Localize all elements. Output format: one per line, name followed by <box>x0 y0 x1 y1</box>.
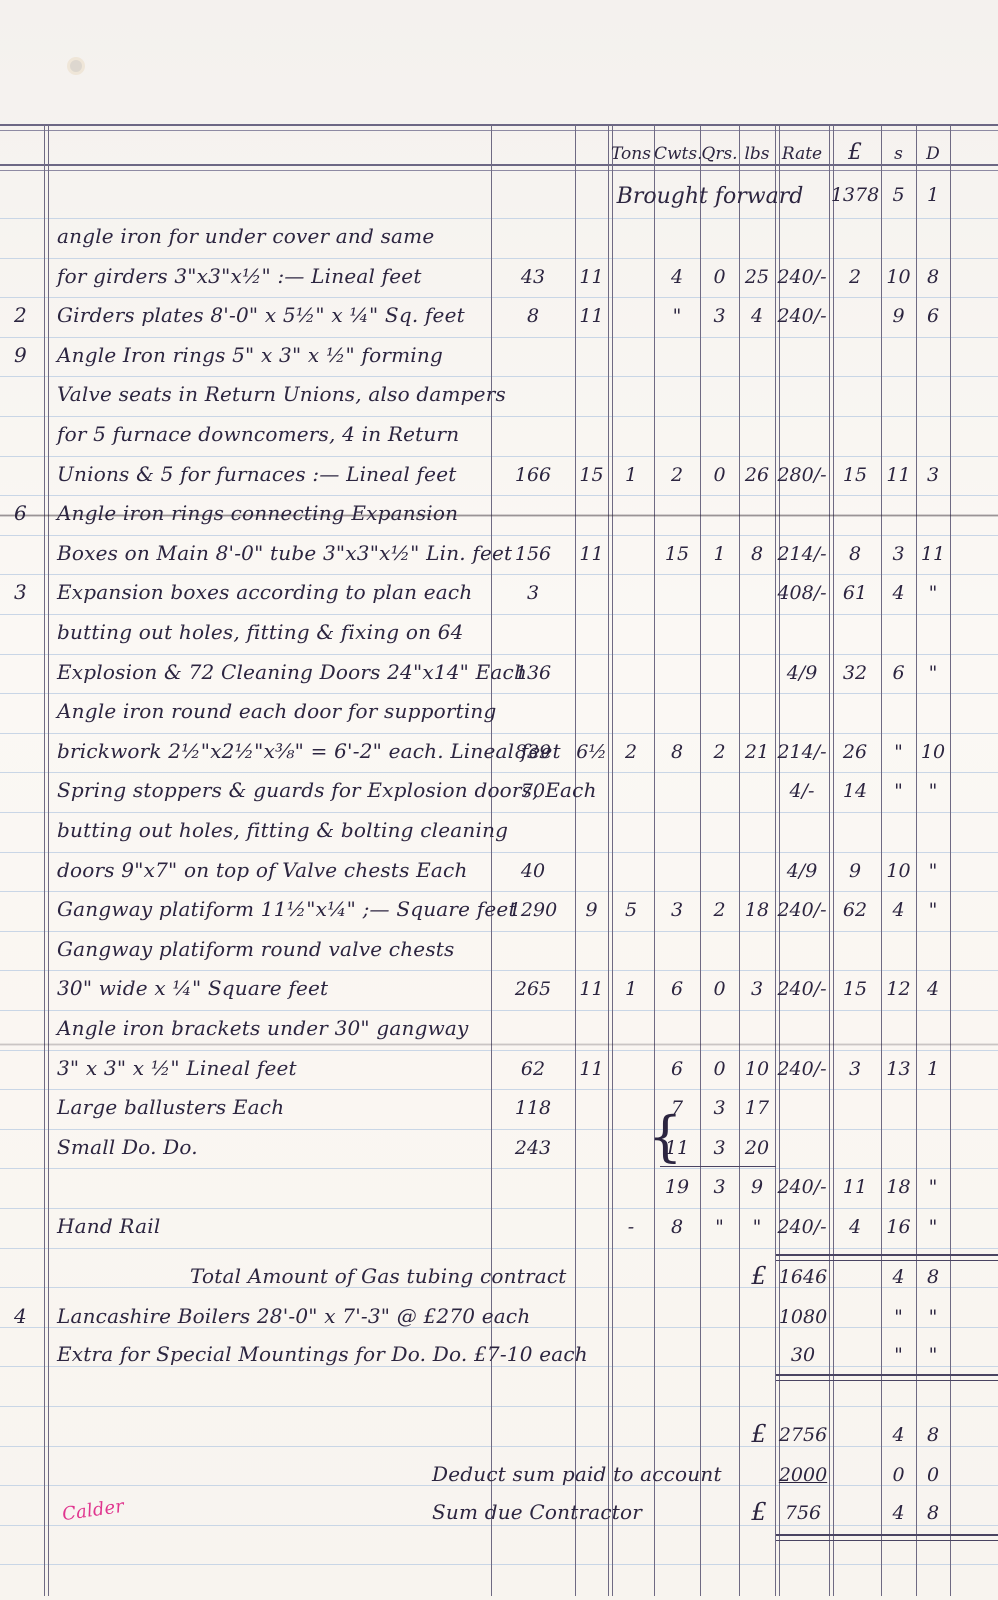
row-lbs: 10 <box>739 1058 775 1080</box>
row-qrs: 0 <box>700 978 739 1000</box>
row-c2: 11 <box>575 543 608 565</box>
row-s: 4 <box>881 582 916 604</box>
row-lbs: 25 <box>739 266 775 288</box>
table-row: angle iron for under cover and same <box>0 220 998 260</box>
row-rate: 4/9 <box>775 860 829 882</box>
row-d: 4 <box>916 978 950 1000</box>
row-description: 3" x 3" x ½" Lineal feet <box>57 1056 297 1080</box>
row-c2: 11 <box>575 266 608 288</box>
row-qrs: 2 <box>700 741 739 763</box>
row-s: 9 <box>881 305 916 327</box>
row-quantity: 2 <box>14 303 27 327</box>
row-c1: 1290 <box>491 899 575 921</box>
row-tons: - <box>608 1216 654 1238</box>
boilers-shillings: " <box>881 1306 916 1328</box>
table-row: Large ballusters Each1187317 <box>0 1091 998 1131</box>
row-tons: 1 <box>608 978 654 1000</box>
row-s: 4 <box>881 899 916 921</box>
row-cwts: 4 <box>654 266 700 288</box>
row-cwts: 2 <box>654 464 700 486</box>
pin-hole <box>70 60 82 72</box>
row-c1: 62 <box>491 1058 575 1080</box>
row-quantity: 6 <box>14 501 27 525</box>
row-quantity: 9 <box>14 343 27 367</box>
row-c1: 265 <box>491 978 575 1000</box>
boilers-qty: 4 <box>14 1304 27 1328</box>
row-l: 9 <box>829 860 881 882</box>
row-tons: 2 <box>608 741 654 763</box>
row-qrs: 3 <box>700 1176 739 1198</box>
row-s: 6 <box>881 662 916 684</box>
due-pounds: 756 <box>776 1502 830 1524</box>
row-cwts: 3 <box>654 899 700 921</box>
row-qrs: 3 <box>700 1097 739 1119</box>
row-c2: 6½ <box>575 741 608 763</box>
row-cwts: " <box>654 305 700 327</box>
row-rate: 240/- <box>775 1176 829 1198</box>
row-lbs: 18 <box>739 899 775 921</box>
row-rate: 240/- <box>775 978 829 1000</box>
ruled-line <box>0 218 998 219</box>
row-c2: 11 <box>575 1058 608 1080</box>
row-rate: 240/- <box>775 1058 829 1080</box>
row-description: brickwork 2½"x2½"x⅜" = 6'-2" each. Linea… <box>57 739 561 763</box>
boilers-row: 4 Lancashire Boilers 28'-0" x 7'-3" @ £2… <box>0 1300 998 1340</box>
gas-shillings: 4 <box>881 1266 916 1288</box>
deduct-pence: 0 <box>916 1464 950 1486</box>
row-cwts: 19 <box>654 1176 700 1198</box>
table-row: brickwork 2½"x2½"x⅜" = 6'-2" each. Linea… <box>0 735 998 775</box>
margin-annotation: Calder <box>61 1496 126 1525</box>
row-qrs: 3 <box>700 1137 739 1159</box>
row-d: " <box>916 1176 950 1198</box>
mountings-pounds: 30 <box>776 1344 830 1366</box>
due-pence: 8 <box>916 1502 950 1524</box>
row-d: " <box>916 899 950 921</box>
row-cwts: 8 <box>654 741 700 763</box>
table-row: Spring stoppers & guards for Explosion d… <box>0 774 998 814</box>
row-l: 8 <box>829 543 881 565</box>
ledger-sheet: Tons Cwts. Qrs. lbs Rate £ s D Brought f… <box>0 0 998 1600</box>
mountings-row: Extra for Special Mountings for Do. Do. … <box>0 1338 998 1378</box>
row-qrs: 0 <box>700 266 739 288</box>
row-description: Angle iron round each door for supportin… <box>57 699 497 723</box>
boilers-pence: " <box>916 1306 950 1328</box>
mountings-pence: " <box>916 1344 950 1366</box>
deduct-row: Deduct sum paid to account 2000 0 0 <box>0 1458 998 1498</box>
row-quantity: 3 <box>14 580 27 604</box>
bf-pounds: 1378 <box>829 184 881 206</box>
row-s: " <box>881 780 916 802</box>
row-s: 10 <box>881 266 916 288</box>
row-d: " <box>916 662 950 684</box>
row-qrs: 3 <box>700 305 739 327</box>
ruled-line <box>0 1406 998 1407</box>
row-rate: 240/- <box>775 899 829 921</box>
table-row: Small Do. Do.24311320 <box>0 1131 998 1171</box>
table-row: 3Expansion boxes according to plan each3… <box>0 576 998 616</box>
subtotal-double-rule <box>776 1374 998 1381</box>
final-double-rule <box>776 1534 998 1541</box>
subtotal-row: £ 2756 4 8 <box>0 1418 998 1458</box>
row-description: for girders 3"x3"x½" :— Lineal feet <box>57 264 422 288</box>
pound-sign: £ <box>742 1262 776 1290</box>
row-c1: 8 <box>491 305 575 327</box>
brought-forward-row: Brought forward 1378 5 1 <box>0 178 998 218</box>
row-c2: 9 <box>575 899 608 921</box>
boilers-label: Lancashire Boilers 28'-0" x 7'-3" @ £270… <box>57 1304 530 1328</box>
header-top-rule <box>0 124 998 131</box>
table-row: Boxes on Main 8'-0" tube 3"x3"x½" Lin. f… <box>0 537 998 577</box>
table-row: for 5 furnace downcomers, 4 in Return <box>0 418 998 458</box>
row-rate: 240/- <box>775 305 829 327</box>
row-qrs: 0 <box>700 464 739 486</box>
row-lbs: 20 <box>739 1137 775 1159</box>
row-description: Valve seats in Return Unions, also dampe… <box>57 382 506 406</box>
header-shillings: s <box>881 144 916 164</box>
pound-sign: £ <box>742 1420 776 1448</box>
row-tons: 1 <box>608 464 654 486</box>
row-description: Gangway platiform 11½"x¼" ;— Square feet <box>57 897 517 921</box>
row-l: 26 <box>829 741 881 763</box>
table-row: Gangway platiform 11½"x¼" ;— Square feet… <box>0 893 998 933</box>
row-lbs: 17 <box>739 1097 775 1119</box>
row-l: 14 <box>829 780 881 802</box>
row-s: " <box>881 741 916 763</box>
row-description: Boxes on Main 8'-0" tube 3"x3"x½" Lin. f… <box>57 541 512 565</box>
row-c1: 839 <box>491 741 575 763</box>
brought-forward-label: Brought forward <box>595 184 825 209</box>
header-cwts: Cwts. <box>654 144 700 164</box>
table-row: butting out holes, fitting & fixing on 6… <box>0 616 998 656</box>
row-rate: 280/- <box>775 464 829 486</box>
table-row: butting out holes, fitting & bolting cle… <box>0 814 998 854</box>
table-row: 3" x 3" x ½" Lineal feet62116010240/-313… <box>0 1052 998 1092</box>
header-tons: Tons <box>608 144 654 164</box>
header-rate: Rate <box>775 144 829 164</box>
subtotal-pence: 8 <box>916 1424 950 1446</box>
bf-shillings: 5 <box>881 184 916 206</box>
row-d: " <box>916 780 950 802</box>
table-row: Explosion & 72 Cleaning Doors 24"x14" Ea… <box>0 656 998 696</box>
row-description: Explosion & 72 Cleaning Doors 24"x14" Ea… <box>57 660 527 684</box>
row-l: 15 <box>829 464 881 486</box>
row-s: 12 <box>881 978 916 1000</box>
row-l: 62 <box>829 899 881 921</box>
table-row: Valve seats in Return Unions, also dampe… <box>0 378 998 418</box>
bf-pence: 1 <box>916 184 950 206</box>
row-d: 6 <box>916 305 950 327</box>
row-description: angle iron for under cover and same <box>57 224 434 248</box>
deduct-pounds: 2000 <box>776 1464 830 1486</box>
mountings-label: Extra for Special Mountings for Do. Do. … <box>57 1342 588 1366</box>
row-l: 2 <box>829 266 881 288</box>
header-lbs: lbs <box>739 144 775 164</box>
row-c1: 156 <box>491 543 575 565</box>
row-description: Small Do. Do. <box>57 1135 198 1159</box>
row-d: 3 <box>916 464 950 486</box>
row-qrs: " <box>700 1216 739 1238</box>
row-d: 11 <box>916 543 950 565</box>
row-lbs: 26 <box>739 464 775 486</box>
sum-due-label: Sum due Contractor <box>432 1500 642 1524</box>
row-qrs: 0 <box>700 1058 739 1080</box>
row-c1: 166 <box>491 464 575 486</box>
row-qrs: 2 <box>700 899 739 921</box>
row-cwts: 15 <box>654 543 700 565</box>
row-c2: 11 <box>575 978 608 1000</box>
due-shillings: 4 <box>881 1502 916 1524</box>
table-row: 30" wide x ¼" Square feet265111603240/-1… <box>0 972 998 1012</box>
header-bottom-rule <box>0 164 998 171</box>
row-description: Unions & 5 for furnaces :— Lineal feet <box>57 462 456 486</box>
row-description: 30" wide x ¼" Square feet <box>57 976 328 1000</box>
row-rate: 4/9 <box>775 662 829 684</box>
mountings-shillings: " <box>881 1344 916 1366</box>
row-tons: 5 <box>608 899 654 921</box>
row-rate: 240/- <box>775 1216 829 1238</box>
row-l: 15 <box>829 978 881 1000</box>
row-lbs: " <box>739 1216 775 1238</box>
row-l: 3 <box>829 1058 881 1080</box>
row-lbs: 21 <box>739 741 775 763</box>
row-cwts: 6 <box>654 978 700 1000</box>
row-c1: 118 <box>491 1097 575 1119</box>
row-description: Girders plates 8'-0" x 5½" x ¼" Sq. feet <box>57 303 465 327</box>
table-row: doors 9"x7" on top of Valve chests Each4… <box>0 854 998 894</box>
row-qrs: 1 <box>700 543 739 565</box>
gas-pounds: 1646 <box>776 1266 830 1288</box>
row-description: Hand Rail <box>57 1214 160 1238</box>
row-d: " <box>916 582 950 604</box>
row-cwts: 8 <box>654 1216 700 1238</box>
row-lbs: 9 <box>739 1176 775 1198</box>
row-c1: 136 <box>491 662 575 684</box>
row-c1: 70 <box>491 780 575 802</box>
row-lbs: 4 <box>739 305 775 327</box>
ruled-line <box>0 1564 998 1565</box>
row-c1: 3 <box>491 582 575 604</box>
row-s: 10 <box>881 860 916 882</box>
row-description: butting out holes, fitting & bolting cle… <box>57 818 508 842</box>
row-s: 3 <box>881 543 916 565</box>
table-row: 1939240/-1118" <box>0 1170 998 1210</box>
row-description: Angle iron rings connecting Expansion <box>57 501 458 525</box>
header-qrs: Qrs. <box>700 144 739 164</box>
row-d: " <box>916 1216 950 1238</box>
table-row: for girders 3"x3"x½" :— Lineal feet43114… <box>0 260 998 300</box>
row-description: doors 9"x7" on top of Valve chests Each <box>57 858 468 882</box>
row-rate: 214/- <box>775 543 829 565</box>
header-pounds: £ <box>829 140 881 165</box>
pound-sign: £ <box>742 1498 776 1526</box>
row-c2: 11 <box>575 305 608 327</box>
row-description: Large ballusters Each <box>57 1095 284 1119</box>
row-c2: 15 <box>575 464 608 486</box>
row-c1: 43 <box>491 266 575 288</box>
sum-due-row: Calder Sum due Contractor £ 756 4 8 <box>0 1496 998 1536</box>
row-lbs: 3 <box>739 978 775 1000</box>
table-row: Angle iron round each door for supportin… <box>0 695 998 735</box>
row-d: 8 <box>916 266 950 288</box>
table-row: Unions & 5 for furnaces :— Lineal feet16… <box>0 458 998 498</box>
row-d: " <box>916 860 950 882</box>
row-rate: 240/- <box>775 266 829 288</box>
row-c1: 40 <box>491 860 575 882</box>
row-s: 13 <box>881 1058 916 1080</box>
table-row: 9Angle Iron rings 5" x 3" x ½" forming <box>0 339 998 379</box>
gas-tubing-label: Total Amount of Gas tubing contract <box>190 1264 567 1288</box>
boilers-pounds: 1080 <box>776 1306 830 1328</box>
row-s: 16 <box>881 1216 916 1238</box>
row-lbs: 8 <box>739 543 775 565</box>
table-row: Angle iron brackets under 30" gangway <box>0 1012 998 1052</box>
gas-tubing-total-row: Total Amount of Gas tubing contract £ 16… <box>0 1260 998 1300</box>
subtotal-rule <box>660 1166 776 1167</box>
row-s: 18 <box>881 1176 916 1198</box>
deduct-shillings: 0 <box>881 1464 916 1486</box>
row-description: for 5 furnace downcomers, 4 in Return <box>57 422 459 446</box>
row-description: Angle iron brackets under 30" gangway <box>57 1016 469 1040</box>
gas-pence: 8 <box>916 1266 950 1288</box>
row-rate: 408/- <box>775 582 829 604</box>
row-description: butting out holes, fitting & fixing on 6… <box>57 620 464 644</box>
row-l: 32 <box>829 662 881 684</box>
row-s: 11 <box>881 464 916 486</box>
row-description: Gangway platiform round valve chests <box>57 937 454 961</box>
subtotal-shillings: 4 <box>881 1424 916 1446</box>
row-rate: 214/- <box>775 741 829 763</box>
row-description: Expansion boxes according to plan each <box>57 580 472 604</box>
table-row: Gangway platiform round valve chests <box>0 933 998 973</box>
brace-mark: { <box>648 1105 682 1168</box>
table-row: 2Girders plates 8'-0" x 5½" x ¼" Sq. fee… <box>0 299 998 339</box>
table-row: 6Angle iron rings connecting Expansion <box>0 497 998 537</box>
row-l: 61 <box>829 582 881 604</box>
row-l: 11 <box>829 1176 881 1198</box>
row-rate: 4/- <box>775 780 829 802</box>
subtotal-pounds: 2756 <box>776 1424 830 1446</box>
row-c1: 243 <box>491 1137 575 1159</box>
header-pence: D <box>916 144 950 164</box>
table-row: Hand Rail-8""240/-416" <box>0 1210 998 1250</box>
deduct-label: Deduct sum paid to account <box>432 1462 722 1486</box>
row-d: 10 <box>916 741 950 763</box>
row-d: 1 <box>916 1058 950 1080</box>
row-description: Angle Iron rings 5" x 3" x ½" forming <box>57 343 443 367</box>
row-l: 4 <box>829 1216 881 1238</box>
row-cwts: 6 <box>654 1058 700 1080</box>
